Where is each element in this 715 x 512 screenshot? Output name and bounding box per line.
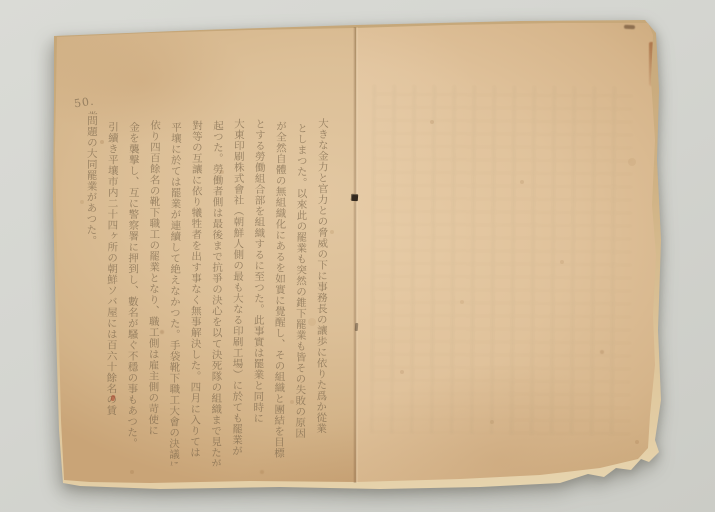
manuscript-column: が全然自體の無組織化にあるを如實に覺醒し、その組織と團結を目標: [268, 120, 291, 466]
binding-crease: [353, 27, 358, 483]
handwritten-text-block: 大きな金力と官力との脅威の下に事務長の讓歩に依りた爲か從業としまつた。以來此の罷…: [67, 111, 333, 467]
manuscript-column: 對等の互讓に依り犧牲者を出す事なく無事解決した。四月に入りては: [184, 120, 207, 466]
manuscript-column: 大東印刷株式會社（朝鮮人側の最も大なる印刷工場）に於ても罷業が: [226, 118, 249, 466]
page-number: 50.: [73, 95, 95, 111]
manuscript-column: としまつた。以來此の罷業も突然の錐下罷業も皆その失敗の原因: [289, 123, 312, 467]
fox-spots: [100, 140, 104, 144]
manuscript-column: 起つた。勞働者側は最後まで抗爭の決心を以て決死隊の組織まで見たが: [205, 120, 228, 466]
manuscript-book: 50. 大きな金力と官力との脅威の下に事務長の讓歩に依りた爲か從業としまつた。以…: [0, 0, 715, 512]
show-through-text: [371, 85, 633, 435]
binding-staple: [351, 194, 358, 201]
edge-nick: [624, 25, 635, 30]
manuscript-column: 金問題の大同罷業があつた。: [79, 111, 102, 465]
manuscript-column: 引續き平壤市内二十四ヶ所の朝鮮ソバ屋には百六十餘名の賃: [100, 121, 123, 465]
manuscript-column: 大きな金力と官力との脅威の下に事務長の讓歩に依りた爲か從業: [310, 118, 333, 467]
manuscript-column: 依り四百餘名の靴下職工の罷業となり、職工側は雇主側の苛使に: [142, 120, 165, 466]
manuscript-column: とする勞働組合部を組織するに至つた。此事實は罷業と同時に: [247, 118, 270, 466]
fox-spots: [430, 120, 434, 124]
manuscript-column: 平壤に於ては罷業が連續して絶えなかつた。手袋靴下職工大會の決議に: [163, 122, 186, 466]
photo-background: 50. 大きな金力と官力との脅威の下に事務長の讓歩に依りた爲か從業としまつた。以…: [0, 0, 715, 512]
binding-staple: [355, 323, 359, 331]
manuscript-column: 金を襲撃し、互に警察署に押到し、數名が騷ぐ不穩の事もあつた。: [121, 122, 144, 466]
